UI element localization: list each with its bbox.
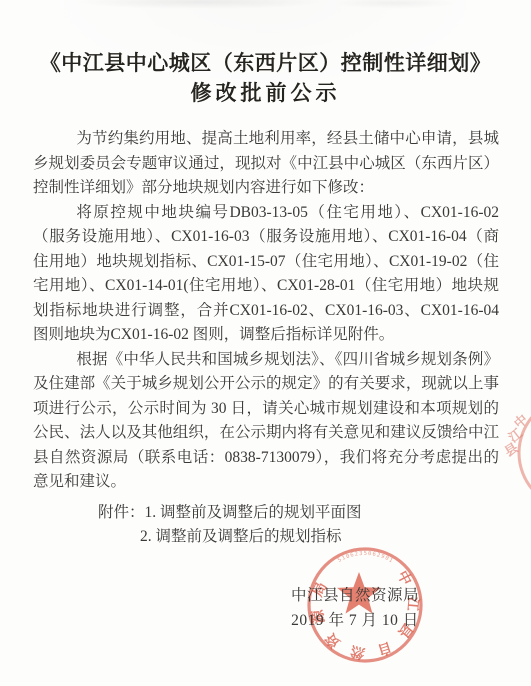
paragraph-plots: 将原控规中地块编号DB03-13-05（住宅用地）、CX01-16-02（服务设…: [33, 201, 499, 348]
paragraph-legal: 根据《中华人民共和国城乡规划法》、《四川省城乡规划条例》及住建部《关于城乡规划公…: [33, 348, 499, 495]
attachment-item-1: 附件：1. 调整前及调整后的规划平面图: [98, 501, 499, 526]
attachment-item-2: 2. 调整前及调整后的规划指标: [98, 525, 499, 550]
document-body: 为节约集约用地、提高土地利用率，经县土储中心申请，县城乡规划委员会专题审议通过，…: [0, 127, 531, 550]
title-line-1: 《中江县中心城区（东西片区）控制性详细划》: [0, 48, 531, 78]
signature-agency: 中江县自然资源局: [291, 583, 419, 608]
signature-date: 2019 年 7 月 10 日: [291, 608, 419, 633]
attachment-list: 附件：1. 调整前及调整后的规划平面图 2. 调整前及调整后的规划指标: [33, 501, 499, 550]
paragraph-intro: 为节约集约用地、提高土地利用率，经县土储中心申请，县城乡规划委员会专题审议通过，…: [33, 127, 499, 201]
document-title: 《中江县中心城区（东西片区）控制性详细划》 修改批前公示: [0, 0, 531, 108]
title-line-2: 修改批前公示: [0, 78, 531, 108]
partial-edge-seal-stamp: 中 江 县: [485, 393, 531, 563]
document-page: 《中江县中心城区（东西片区）控制性详细划》 修改批前公示 为节约集约用地、提高土…: [0, 0, 531, 686]
signature-block: 中江县自然资源局 2019 年 7 月 10 日: [291, 583, 419, 633]
